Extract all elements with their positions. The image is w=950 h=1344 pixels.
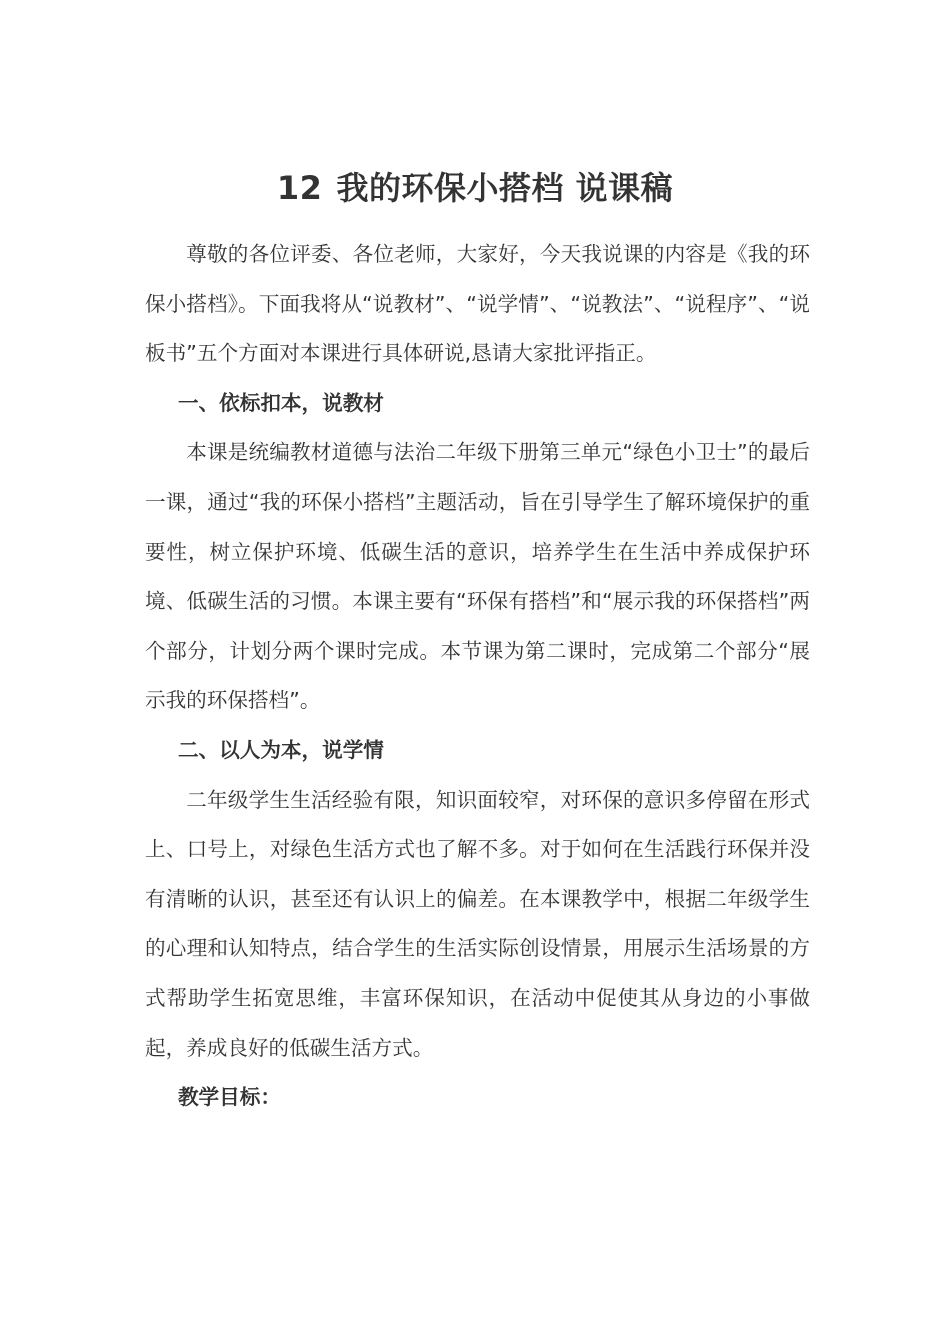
section-paragraph-students: 二年级学生生活经验有限，知识面较窄，对环保的意识多停留在形式上、口号上，对绿色生… — [145, 776, 810, 1074]
document-body: 尊敬的各位评委、各位老师，大家好，今天我说课的内容是《我的环保小搭档》。下面我将… — [145, 230, 810, 1123]
intro-paragraph: 尊敬的各位评委、各位老师，大家好，今天我说课的内容是《我的环保小搭档》。下面我将… — [145, 230, 810, 379]
document-title: 12我的环保小搭档 说课稿 — [0, 166, 950, 210]
title-number: 12 — [277, 169, 323, 207]
section-heading-students: 二、以人为本，说学情 — [145, 726, 810, 776]
subheading-teaching-goals: 教学目标： — [145, 1073, 810, 1123]
title-text: 我的环保小搭档 说课稿 — [336, 169, 673, 207]
section-paragraph-textbook: 本课是统编教材道德与法治二年级下册第三单元“绿色小卫士”的最后一课，通过“我的环… — [145, 428, 810, 726]
document-page: 12我的环保小搭档 说课稿 尊敬的各位评委、各位老师，大家好，今天我说课的内容是… — [0, 0, 950, 1344]
section-heading-textbook: 一、依标扣本，说教材 — [145, 379, 810, 429]
